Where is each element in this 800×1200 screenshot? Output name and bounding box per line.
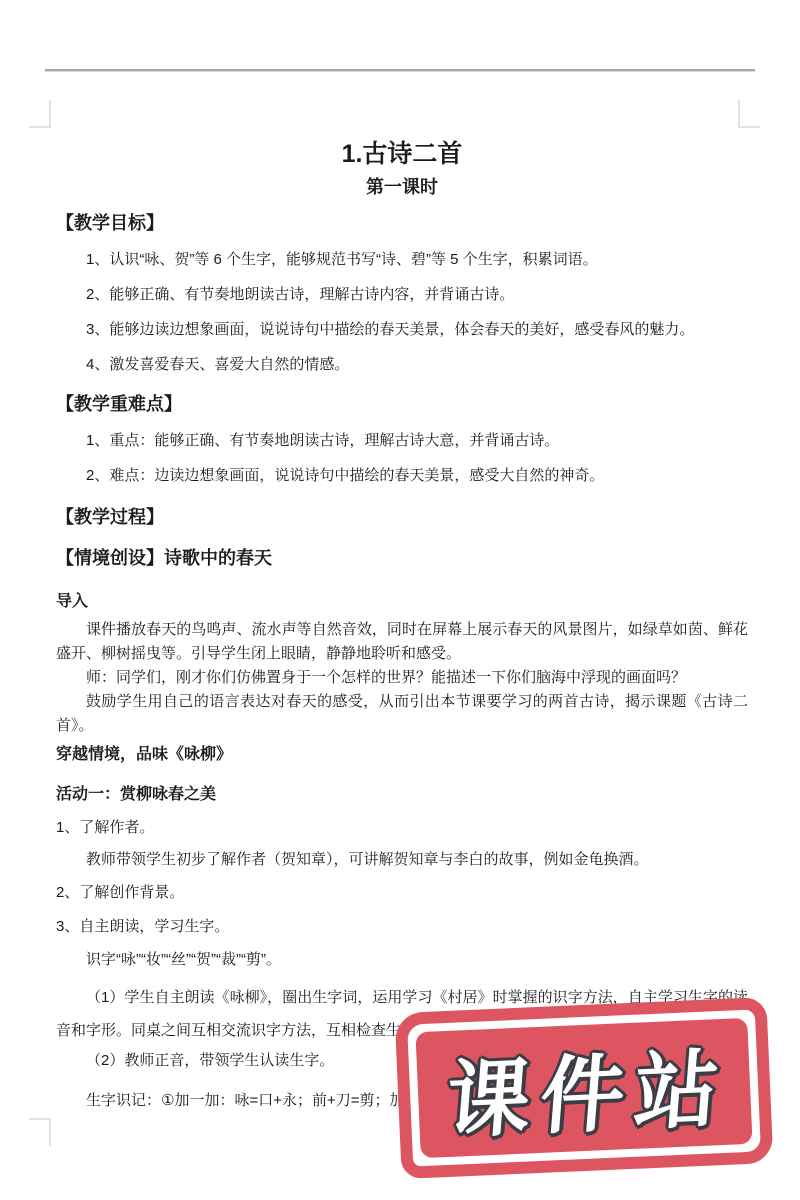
subheading-intro: 导入 [56, 589, 748, 614]
step-item-2: 2、了解创作背景。 [56, 881, 748, 905]
document-page: 1.古诗二首 第一课时 【教学目标】 1、认识“咏、贺”等 6 个生字，能够规范… [0, 0, 800, 1113]
subheading-yongliu: 穿越情境，品味《咏柳》 [56, 742, 748, 767]
objective-item-1: 1、认识“咏、贺”等 6 个生字，能够规范书写“诗、碧”等 5 个生字，积累词语… [56, 248, 748, 272]
objective-item-3: 3、能够边读边想象画面，说说诗句中描绘的春天美景，体会春天的美好，感受春风的魅力… [56, 318, 748, 342]
stamp-frame: 课件站 [395, 997, 774, 1179]
key-point-item-2: 2、难点：边读边想象画面，说说诗句中描绘的春天美景，感受大自然的神奇。 [56, 464, 748, 488]
step-item-1: 1、了解作者。 [56, 816, 748, 840]
kejianzhan-stamp: 课件站 [395, 997, 774, 1179]
objective-item-4: 4、激发喜爱春天、喜爱大自然的情感。 [56, 353, 748, 377]
intro-paragraph-3: 鼓励学生用自己的语言表达对春天的感受，从而引出本节课要学习的两首古诗，揭示课题《… [56, 690, 748, 738]
objective-item-2: 2、能够正确、有节奏地朗读古诗，理解古诗内容，并背诵古诗。 [56, 283, 748, 307]
step-1-detail: 教师带领学生初步了解作者（贺知章），可讲解贺知章与李白的故事，例如金龟换酒。 [56, 848, 748, 872]
intro-paragraph-2: 师：同学们，刚才你们仿佛置身于一个怎样的世界？能描述一下你们脑海中浮现的画面吗？ [56, 666, 748, 690]
doc-title: 1.古诗二首 [56, 138, 748, 170]
section-heading-key-points: 【教学重难点】 [56, 391, 748, 417]
doc-subtitle: 第一课时 [56, 174, 748, 200]
literacy-characters-line: 识字“咏”“妆”“丝”“贺”“裁”“剪”。 [56, 948, 748, 972]
key-point-item-1: 1、重点：能够正确、有节奏地朗读古诗，理解古诗大意，并背诵古诗。 [56, 429, 748, 453]
step-item-3: 3、自主朗读，学习生字。 [56, 915, 748, 939]
section-heading-scenario: 【情境创设】诗歌中的春天 [56, 545, 748, 571]
intro-paragraph-1: 课件播放春天的鸟鸣声、流水声等自然音效，同时在屏幕上展示春天的风景图片，如绿草如… [56, 618, 748, 666]
subheading-activity-1: 活动一：赏柳咏春之美 [56, 782, 748, 807]
stamp-core: 课件站 [415, 1018, 752, 1158]
section-heading-process: 【教学过程】 [56, 504, 748, 530]
stamp-text: 课件站 [442, 1021, 733, 1155]
text-boundary-mark-bottom-left [29, 1118, 51, 1146]
section-heading-objectives: 【教学目标】 [56, 210, 748, 236]
